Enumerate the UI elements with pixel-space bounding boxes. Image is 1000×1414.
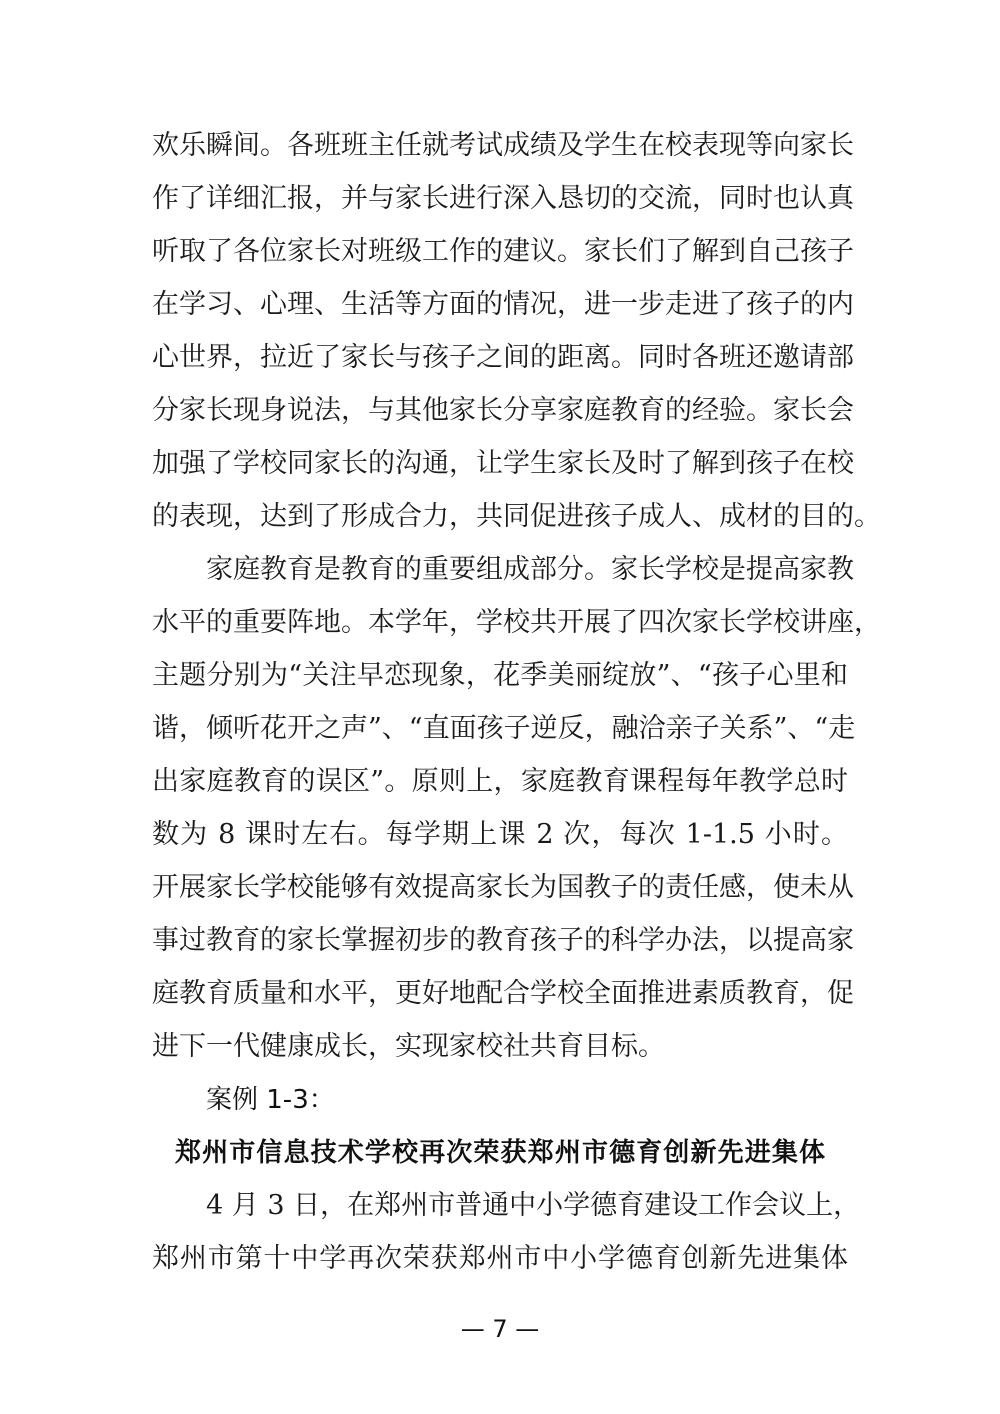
paragraph-2-line-4: 谐，倾听花开之声”、“直面孩子逆反，融洽亲子关系”、“走: [152, 709, 848, 749]
case-title: 郑州市信息技术学校再次荣获郑州市德育创新先进集体: [175, 1133, 825, 1173]
paragraph-2-line-6: 数为 8 课时左右。每学期上课 2 次，每次 1-1.5 小时。: [152, 815, 848, 855]
paragraph-2-line-7: 开展家长学校能够有效提高家长为国教子的责任感，使未从: [152, 868, 848, 908]
paragraph-1-line-4: 在学习、心理、生活等方面的情况，进一步走进了孩子的内: [152, 285, 848, 325]
paragraph-3-line-1: 4 月 3 日，在郑州市普通中小学德育建设工作会议上，: [206, 1186, 848, 1226]
case-label: 案例 1-3：: [206, 1080, 335, 1120]
paragraph-3-line-2: 郑州市第十中学再次荣获郑州市中小学德育创新先进集体: [152, 1239, 848, 1279]
page-number: — 7 —: [0, 1311, 1000, 1347]
paragraph-2-line-10: 进下一代健康成长，实现家校社共育目标。: [152, 1027, 848, 1067]
paragraph-1-line-7: 加强了学校同家长的沟通，让学生家长及时了解到孩子在校: [152, 444, 848, 484]
paragraph-1-line-5: 心世界，拉近了家长与孩子之间的距离。同时各班还邀请部: [152, 338, 848, 378]
paragraph-1-line-3: 听取了各位家长对班级工作的建议。家长们了解到自己孩子: [152, 232, 848, 272]
paragraph-2-line-5: 出家庭教育的误区”。原则上，家庭教育课程每年教学总时: [152, 762, 848, 802]
paragraph-1-line-1: 欢乐瞬间。各班班主任就考试成绩及学生在校表现等向家长: [152, 126, 848, 166]
paragraph-2-line-2: 水平的重要阵地。本学年，学校共开展了四次家长学校讲座，: [152, 603, 848, 643]
paragraph-1-line-6: 分家长现身说法，与其他家长分享家庭教育的经验。家长会: [152, 391, 848, 431]
paragraph-2-line-8: 事过教育的家长掌握初步的教育孩子的科学办法，以提高家: [152, 921, 848, 961]
paragraph-1-line-2: 作了详细汇报，并与家长进行深入恳切的交流，同时也认真: [152, 179, 848, 219]
paragraph-2-line-9: 庭教育质量和水平，更好地配合学校全面推进素质教育，促: [152, 974, 848, 1014]
document-page: 欢乐瞬间。各班班主任就考试成绩及学生在校表现等向家长 作了详细汇报，并与家长进行…: [0, 0, 1000, 1414]
paragraph-2-line-1: 家庭教育是教育的重要组成部分。家长学校是提高家教: [206, 550, 848, 590]
paragraph-1-line-8: 的表现，达到了形成合力，共同促进孩子成人、成材的目的。: [152, 497, 848, 537]
paragraph-2-line-3: 主题分别为“关注早恋现象，花季美丽绽放”、“孩子心里和: [152, 656, 848, 696]
